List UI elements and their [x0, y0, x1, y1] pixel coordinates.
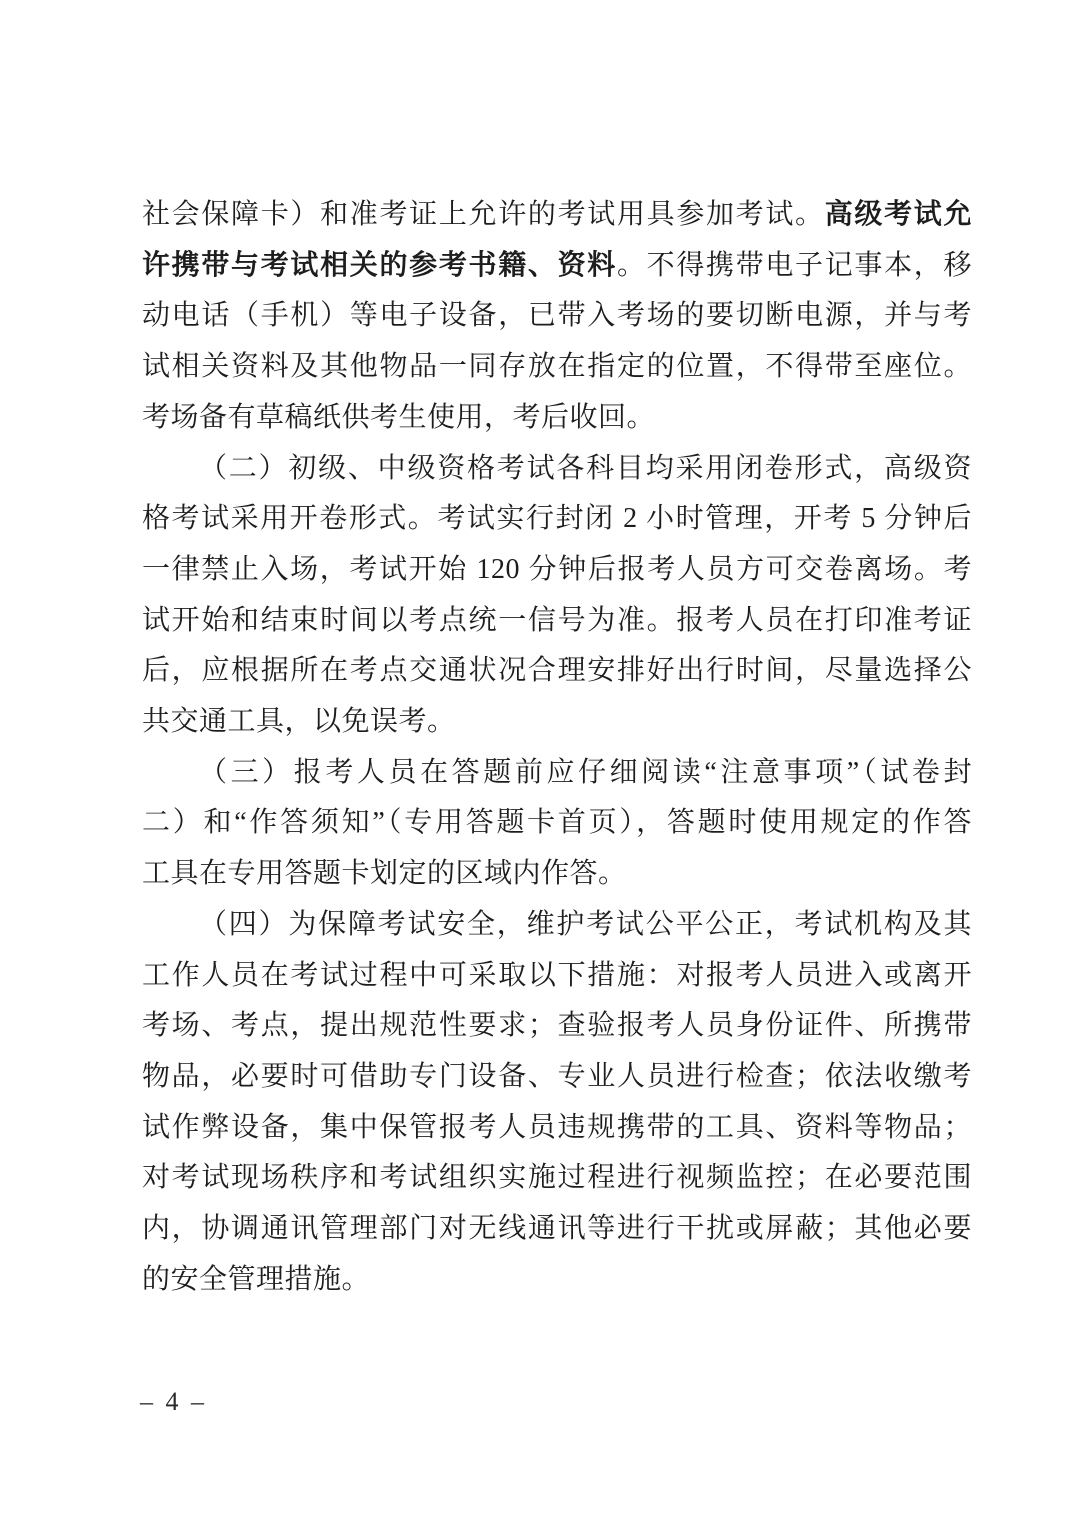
bold-segment: 许携带与考试相关的参考书籍、资料	[142, 250, 617, 281]
text-line: 许携带与考试相关的参考书籍、资料。不得携带电子记事本，移	[142, 241, 972, 292]
text-line-paragraph-start: （三）报考人员在答题前应仔细阅读“注意事项”（试卷封	[142, 748, 972, 799]
text-line-paragraph-end: 考场备有草稿纸供考生使用，考后收回。	[142, 393, 972, 444]
text-line: 内，协调通讯管理部门对无线通讯等进行干扰或屏蔽；其他必要	[142, 1204, 972, 1255]
page-number: – 4 –	[140, 1387, 207, 1417]
text-line: 二）和“作答须知”（专用答题卡首页），答题时使用规定的作答	[142, 798, 972, 849]
text-line: 格考试采用开卷形式。考试实行封闭 2 小时管理，开考 5 分钟后	[142, 494, 972, 545]
text-line: 后，应根据所在考点交通状况合理安排好出行时间，尽量选择公	[142, 646, 972, 697]
document-body: 社会保障卡）和准考证上允许的考试用具参加考试。高级考试允 许携带与考试相关的参考…	[142, 190, 972, 1305]
text-line: 动电话（手机）等电子设备，已带入考场的要切断电源，并与考	[142, 291, 972, 342]
text-line: 社会保障卡）和准考证上允许的考试用具参加考试。高级考试允	[142, 190, 972, 241]
text-line-paragraph-start: （四）为保障考试安全，维护考试公平公正，考试机构及其	[142, 900, 972, 951]
text-line-paragraph-start: （二）初级、中级资格考试各科目均采用闭卷形式，高级资	[142, 444, 972, 495]
text-line: 一律禁止入场，考试开始 120 分钟后报考人员方可交卷离场。考	[142, 545, 972, 596]
text-line: 试相关资料及其他物品一同存放在指定的位置，不得带至座位。	[142, 342, 972, 393]
regular-segment: 。不得携带电子记事本，移	[617, 250, 972, 281]
regular-segment: 社会保障卡）和准考证上允许的考试用具参加考试。	[142, 199, 825, 230]
text-line: 考场、考点，提出规范性要求；查验报考人员身份证件、所携带	[142, 1001, 972, 1052]
bold-segment: 高级考试允	[825, 199, 972, 230]
text-line: 对考试现场秩序和考试组织实施过程进行视频监控；在必要范围	[142, 1153, 972, 1204]
text-line: 试开始和结束时间以考点统一信号为准。报考人员在打印准考证	[142, 596, 972, 647]
document-page: 社会保障卡）和准考证上允许的考试用具参加考试。高级考试允 许携带与考试相关的参考…	[0, 0, 1074, 1520]
text-line-paragraph-end: 共交通工具，以免误考。	[142, 697, 972, 748]
text-line: 试作弊设备，集中保管报考人员违规携带的工具、资料等物品；	[142, 1103, 972, 1154]
text-line-paragraph-end: 工具在专用答题卡划定的区域内作答。	[142, 849, 972, 900]
text-line: 物品，必要时可借助专门设备、专业人员进行检查；依法收缴考	[142, 1052, 972, 1103]
text-line-paragraph-end: 的安全管理措施。	[142, 1255, 972, 1306]
text-line: 工作人员在考试过程中可采取以下措施：对报考人员进入或离开	[142, 951, 972, 1002]
